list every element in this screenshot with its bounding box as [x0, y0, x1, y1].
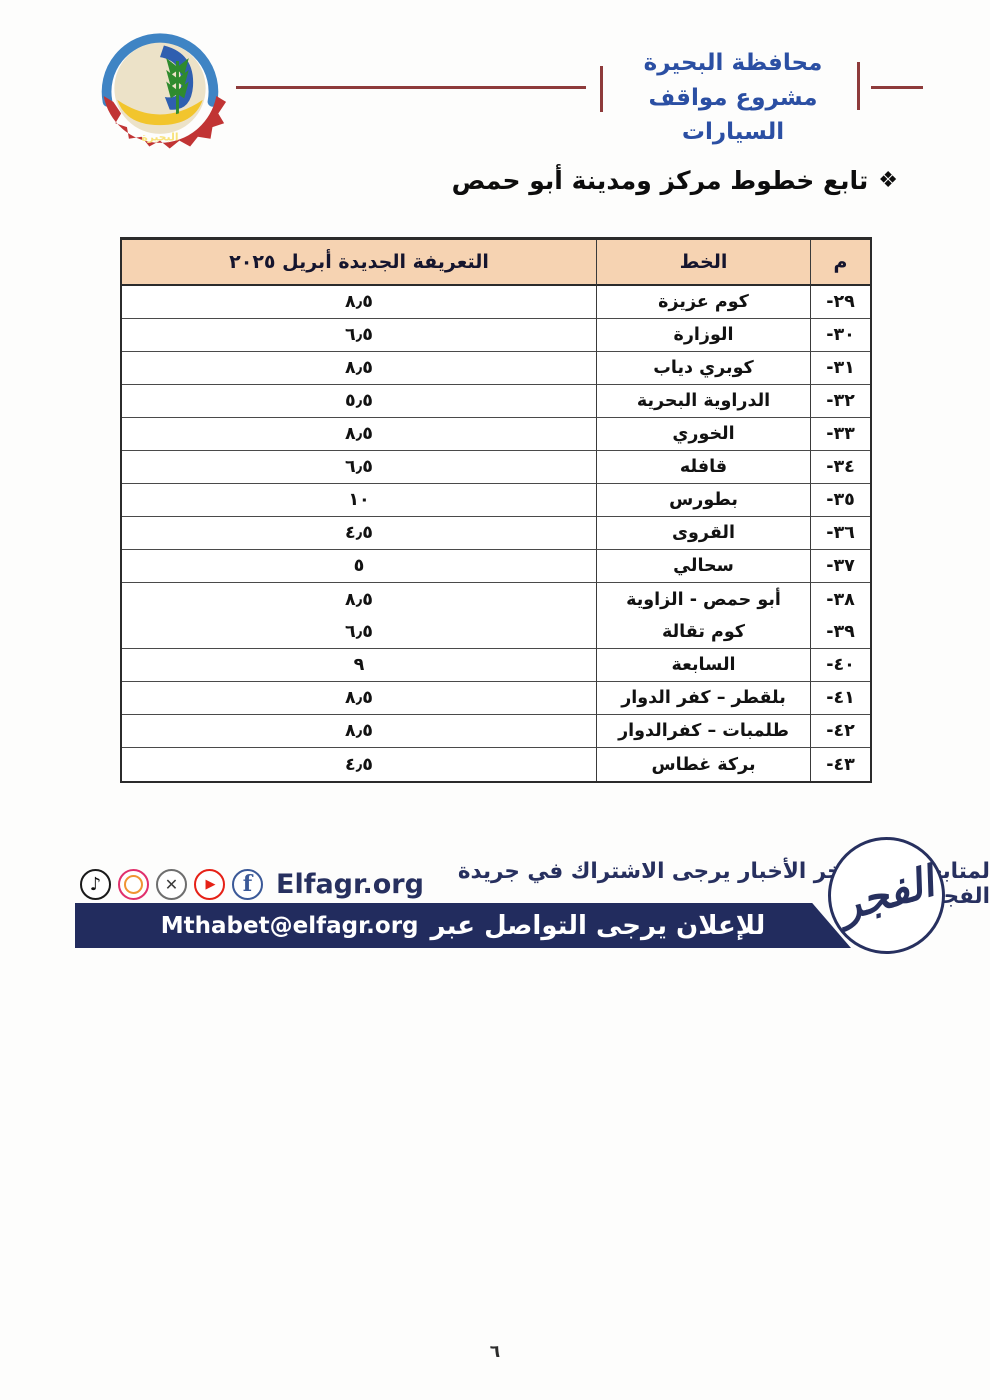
- line-name-cell: كوم عزيزة: [596, 286, 810, 319]
- row-number-cell: ٤١-: [810, 682, 870, 715]
- table-row: ٣٩-كوم تقالة٦٫٥: [122, 616, 870, 649]
- instagram-icon[interactable]: [118, 869, 149, 900]
- table-row: ٤٣-بركة غطاس٤٫٥: [122, 748, 870, 781]
- diamond-bullet-icon: ❖: [878, 168, 898, 193]
- tariff-value-cell: ٨٫٥: [122, 715, 596, 748]
- org-line1: محافظة البحيرة: [610, 46, 856, 81]
- contact-email-link[interactable]: Mthabet@elfagr.org: [161, 913, 419, 939]
- row-number-cell: ٣٣-: [810, 418, 870, 451]
- section-title: ❖ تابع خطوط مركز ومدينة أبو حمص: [452, 166, 898, 195]
- header-cell-line: الخط: [596, 240, 810, 286]
- tariff-value-cell: ٥٫٥: [122, 385, 596, 418]
- table-row: ٣٤-قافله٦٫٥: [122, 451, 870, 484]
- line-name-cell: بركة غطاس: [596, 748, 810, 781]
- tariff-value-cell: ٨٫٥: [122, 583, 596, 616]
- row-number-cell: ٣٩-: [810, 616, 870, 649]
- tariff-value-cell: ٦٫٥: [122, 319, 596, 352]
- header-cell-tariff: التعريفة الجديدة أبريل ٢٠٢٥: [122, 240, 596, 286]
- line-name-cell: قافله: [596, 451, 810, 484]
- line-name-cell: الوزارة: [596, 319, 810, 352]
- table-body: ٢٩-كوم عزيزة٨٫٥٣٠-الوزارة٦٫٥٣١-كوبري ديا…: [122, 286, 870, 781]
- tiktok-icon[interactable]: [80, 869, 111, 900]
- line-name-cell: بطورس: [596, 484, 810, 517]
- table-row: ٤٢-طلمبات – كفرالدوار٨٫٥: [122, 715, 870, 748]
- table-row: ٣٢-الدراوية البحرية٥٫٥: [122, 385, 870, 418]
- tariff-value-cell: ٤٫٥: [122, 748, 596, 781]
- row-number-cell: ٣٦-: [810, 517, 870, 550]
- table-row: ٣٥-بطورس١٠: [122, 484, 870, 517]
- row-number-cell: ٣٠-: [810, 319, 870, 352]
- tariff-value-cell: ٨٫٥: [122, 418, 596, 451]
- table-row: ٣٦-القروى٤٫٥: [122, 517, 870, 550]
- line-name-cell: القروى: [596, 517, 810, 550]
- row-number-cell: ٣١-: [810, 352, 870, 385]
- row-number-cell: ٤٢-: [810, 715, 870, 748]
- tariff-value-cell: ٦٫٥: [122, 616, 596, 649]
- table-row: ٤٠-السابعة٩: [122, 649, 870, 682]
- section-title-text: تابع خطوط مركز ومدينة أبو حمص: [452, 166, 869, 195]
- org-title-block: محافظة البحيرة مشروع مواقف السيارات: [610, 46, 856, 150]
- document-page: البحيرة محافظة البحيرة مشروع مواقف السيا…: [0, 0, 990, 1400]
- site-name-link[interactable]: Elfagr.org: [276, 869, 424, 900]
- line-name-cell: الخوري: [596, 418, 810, 451]
- table-row: ٣٣-الخوري٨٫٥: [122, 418, 870, 451]
- line-name-cell: الدراوية البحرية: [596, 385, 810, 418]
- table-row: ٣٧-سحالي٥: [122, 550, 870, 583]
- row-number-cell: ٣٢-: [810, 385, 870, 418]
- tariff-table: م الخط التعريفة الجديدة أبريل ٢٠٢٥ ٢٩-كو…: [120, 237, 872, 783]
- table-row: ٣٨-أبو حمص - الزاوية٨٫٥: [122, 583, 870, 616]
- row-number-cell: ٤٠-: [810, 649, 870, 682]
- elfagr-newspaper-logo: الفجر: [828, 837, 945, 954]
- line-name-cell: كوبري دياب: [596, 352, 810, 385]
- row-number-cell: ٢٩-: [810, 286, 870, 319]
- org-line2: مشروع مواقف السيارات: [610, 81, 856, 150]
- header-cell-no: م: [810, 240, 870, 286]
- gov-logo-label: البحيرة: [141, 131, 178, 144]
- table-header-row: م الخط التعريفة الجديدة أبريل ٢٠٢٥: [122, 240, 870, 286]
- header-divider-line-right: [871, 86, 923, 89]
- tariff-value-cell: ٨٫٥: [122, 352, 596, 385]
- tariff-value-cell: ٨٫٥: [122, 286, 596, 319]
- table-row: ٣١-كوبري دياب٨٫٥: [122, 352, 870, 385]
- header-divider-line: [236, 86, 586, 89]
- table-row: ٤١-بلقطر – كفر الدوار٨٫٥: [122, 682, 870, 715]
- header-divider-bar-right: [857, 62, 860, 110]
- table-row: ٣٠-الوزارة٦٫٥: [122, 319, 870, 352]
- newspaper-footer: Elfagr.org لمتابعة أهم وآخر الأخبار يرجى…: [0, 835, 990, 965]
- elfagr-logo-text: الفجر: [833, 857, 939, 931]
- line-name-cell: أبو حمص - الزاوية: [596, 583, 810, 616]
- contact-text: للإعلان يرجى التواصل عبر: [431, 911, 766, 941]
- row-number-cell: ٣٧-: [810, 550, 870, 583]
- contact-bar: للإعلان يرجى التواصل عبر Mthabet@elfagr.…: [75, 903, 851, 948]
- line-name-cell: السابعة: [596, 649, 810, 682]
- tariff-value-cell: ٦٫٥: [122, 451, 596, 484]
- row-number-cell: ٣٨-: [810, 583, 870, 616]
- line-name-cell: كوم تقالة: [596, 616, 810, 649]
- tariff-value-cell: ٥: [122, 550, 596, 583]
- table-row: ٢٩-كوم عزيزة٨٫٥: [122, 286, 870, 319]
- row-number-cell: ٣٤-: [810, 451, 870, 484]
- tariff-value-cell: ٤٫٥: [122, 517, 596, 550]
- line-name-cell: سحالي: [596, 550, 810, 583]
- line-name-cell: بلقطر – كفر الدوار: [596, 682, 810, 715]
- line-name-cell: طلمبات – كفرالدوار: [596, 715, 810, 748]
- beheira-governorate-logo: البحيرة: [92, 28, 228, 164]
- row-number-cell: ٤٣-: [810, 748, 870, 781]
- header-divider-bar-left: [600, 66, 603, 112]
- row-number-cell: ٣٥-: [810, 484, 870, 517]
- facebook-icon[interactable]: [232, 869, 263, 900]
- tariff-value-cell: ١٠: [122, 484, 596, 517]
- tariff-value-cell: ٨٫٥: [122, 682, 596, 715]
- x-icon[interactable]: [156, 869, 187, 900]
- tariff-value-cell: ٩: [122, 649, 596, 682]
- youtube-icon[interactable]: [194, 869, 225, 900]
- page-number: ٦: [0, 1342, 990, 1362]
